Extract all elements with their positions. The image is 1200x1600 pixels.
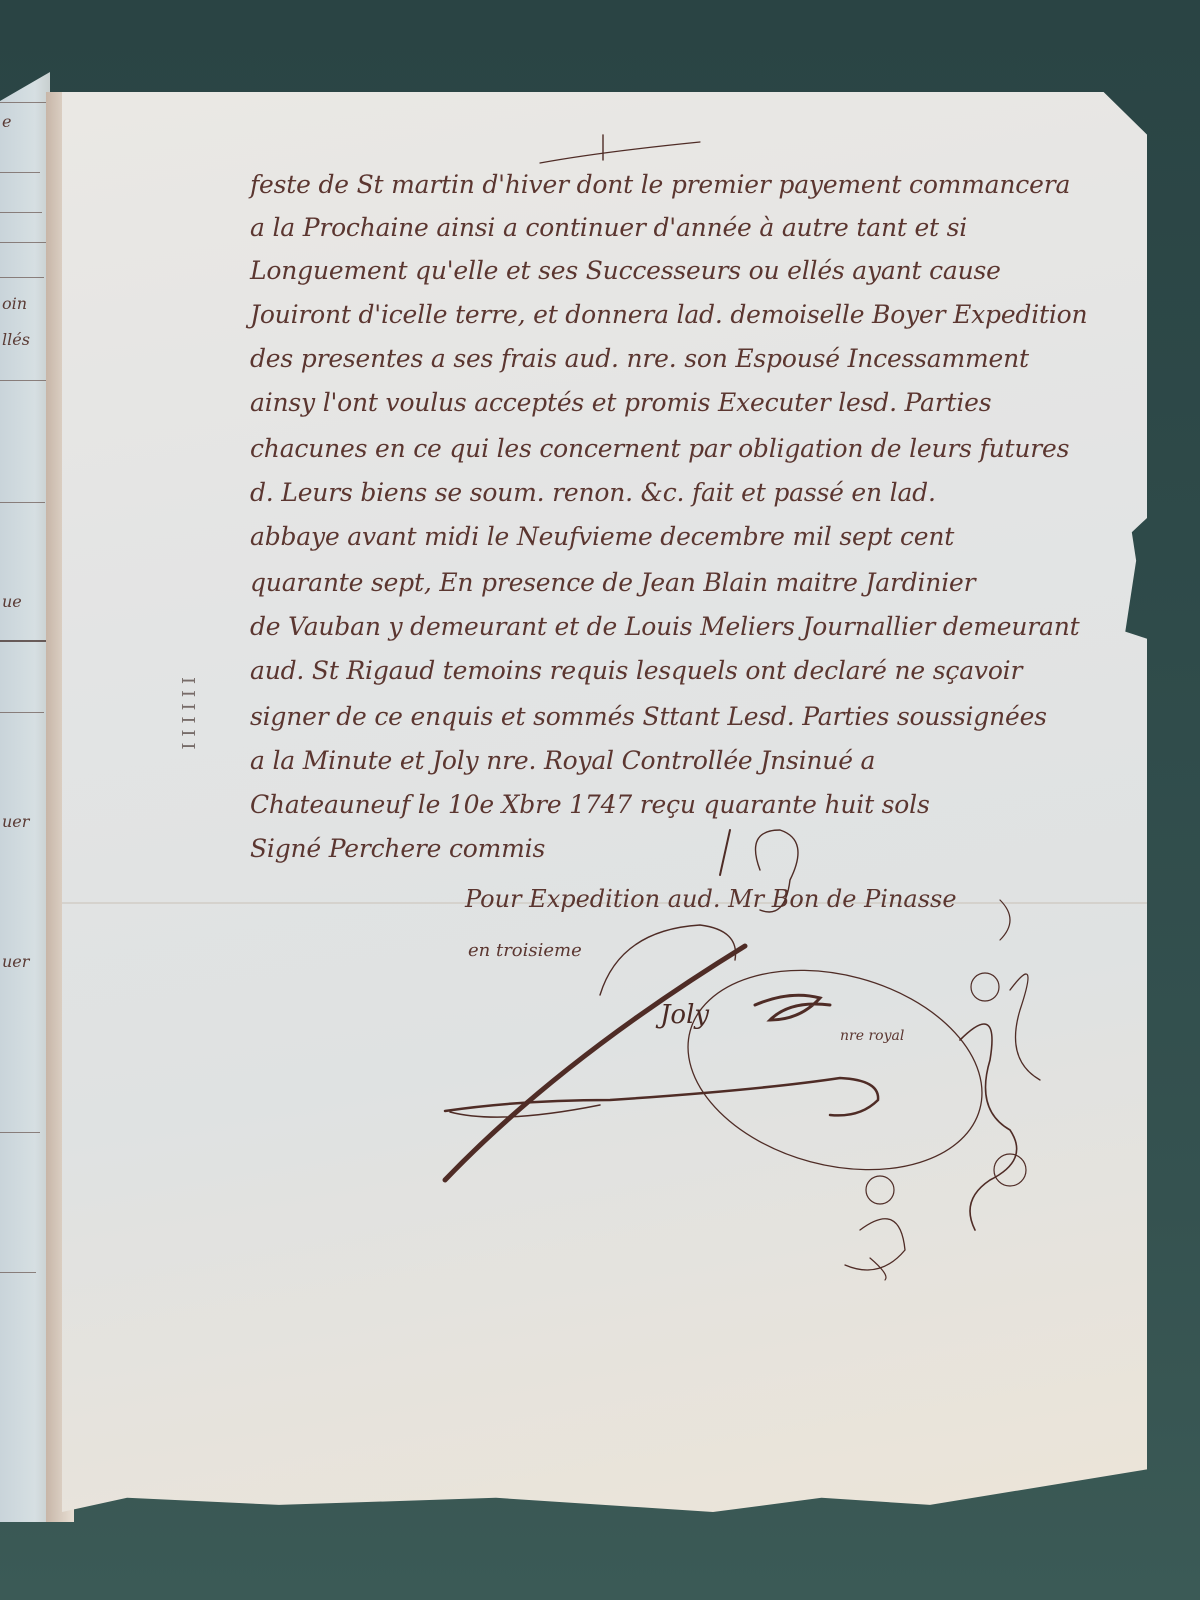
ruled-stub xyxy=(0,102,50,103)
ruled-stub xyxy=(0,242,50,243)
left-page-fragment: e xyxy=(2,112,11,131)
ruled-stub xyxy=(0,380,46,381)
text-line: des presentes a ses frais aud. nre. son … xyxy=(250,344,1029,373)
text-line: ainsy l'ont voulus acceptés et promis Ex… xyxy=(250,388,991,417)
left-page-fragment: oin xyxy=(2,294,27,313)
ruled-stub xyxy=(0,277,44,278)
text-line: d. Leurs biens se soum. renon. &c. fait … xyxy=(250,478,936,507)
notary-title: nre royal xyxy=(840,1028,904,1044)
ruled-stub xyxy=(0,640,48,642)
ruled-stub xyxy=(0,212,42,213)
text-line: chacunes en ce qui les concernent par ob… xyxy=(250,434,1069,463)
text-line: feste de St martin d'hiver dont le premi… xyxy=(250,170,1070,199)
left-page-fragment: ue xyxy=(2,592,22,611)
text-line: signer de ce enquis et sommés Sttant Les… xyxy=(250,702,1047,731)
text-line: Signé Perchere commis xyxy=(250,834,545,863)
notary-signature: Joly xyxy=(660,1000,709,1030)
ruled-stub xyxy=(0,712,44,713)
left-page-fragment: uer xyxy=(2,952,29,971)
text-line: Longuement qu'elle et ses Successeurs ou… xyxy=(250,256,1001,285)
left-facing-page: e oin llés ue uer uer xyxy=(0,72,50,1522)
ruled-stub xyxy=(0,1132,40,1133)
bleed-through-marks: IIIIII xyxy=(177,677,198,756)
ruled-stub xyxy=(0,502,45,503)
expedition-subline: en troisieme xyxy=(468,940,582,961)
text-line: quarante sept, En presence de Jean Blain… xyxy=(250,568,975,597)
left-page-fragment: uer xyxy=(2,812,29,831)
text-line: Chateauneuf le 10e Xbre 1747 reçu quaran… xyxy=(250,790,930,819)
text-line: a la Minute et Joly nre. Royal Controllé… xyxy=(250,746,875,775)
ruled-stub xyxy=(0,1272,36,1273)
text-line: aud. St Rigaud temoins requis lesquels o… xyxy=(250,656,1022,685)
text-line: abbaye avant midi le Neufvieme decembre … xyxy=(250,522,954,551)
expedition-line: Pour Expedition aud. Mr Bon de Pinasse xyxy=(465,885,957,913)
left-page-fragment: llés xyxy=(2,330,30,349)
text-line: Jouiront d'icelle terre, et donnera lad.… xyxy=(250,300,1087,329)
ruled-stub xyxy=(0,172,40,173)
text-line: de Vauban y demeurant et de Louis Melier… xyxy=(250,612,1079,641)
text-line: a la Prochaine ainsi a continuer d'année… xyxy=(250,213,967,242)
